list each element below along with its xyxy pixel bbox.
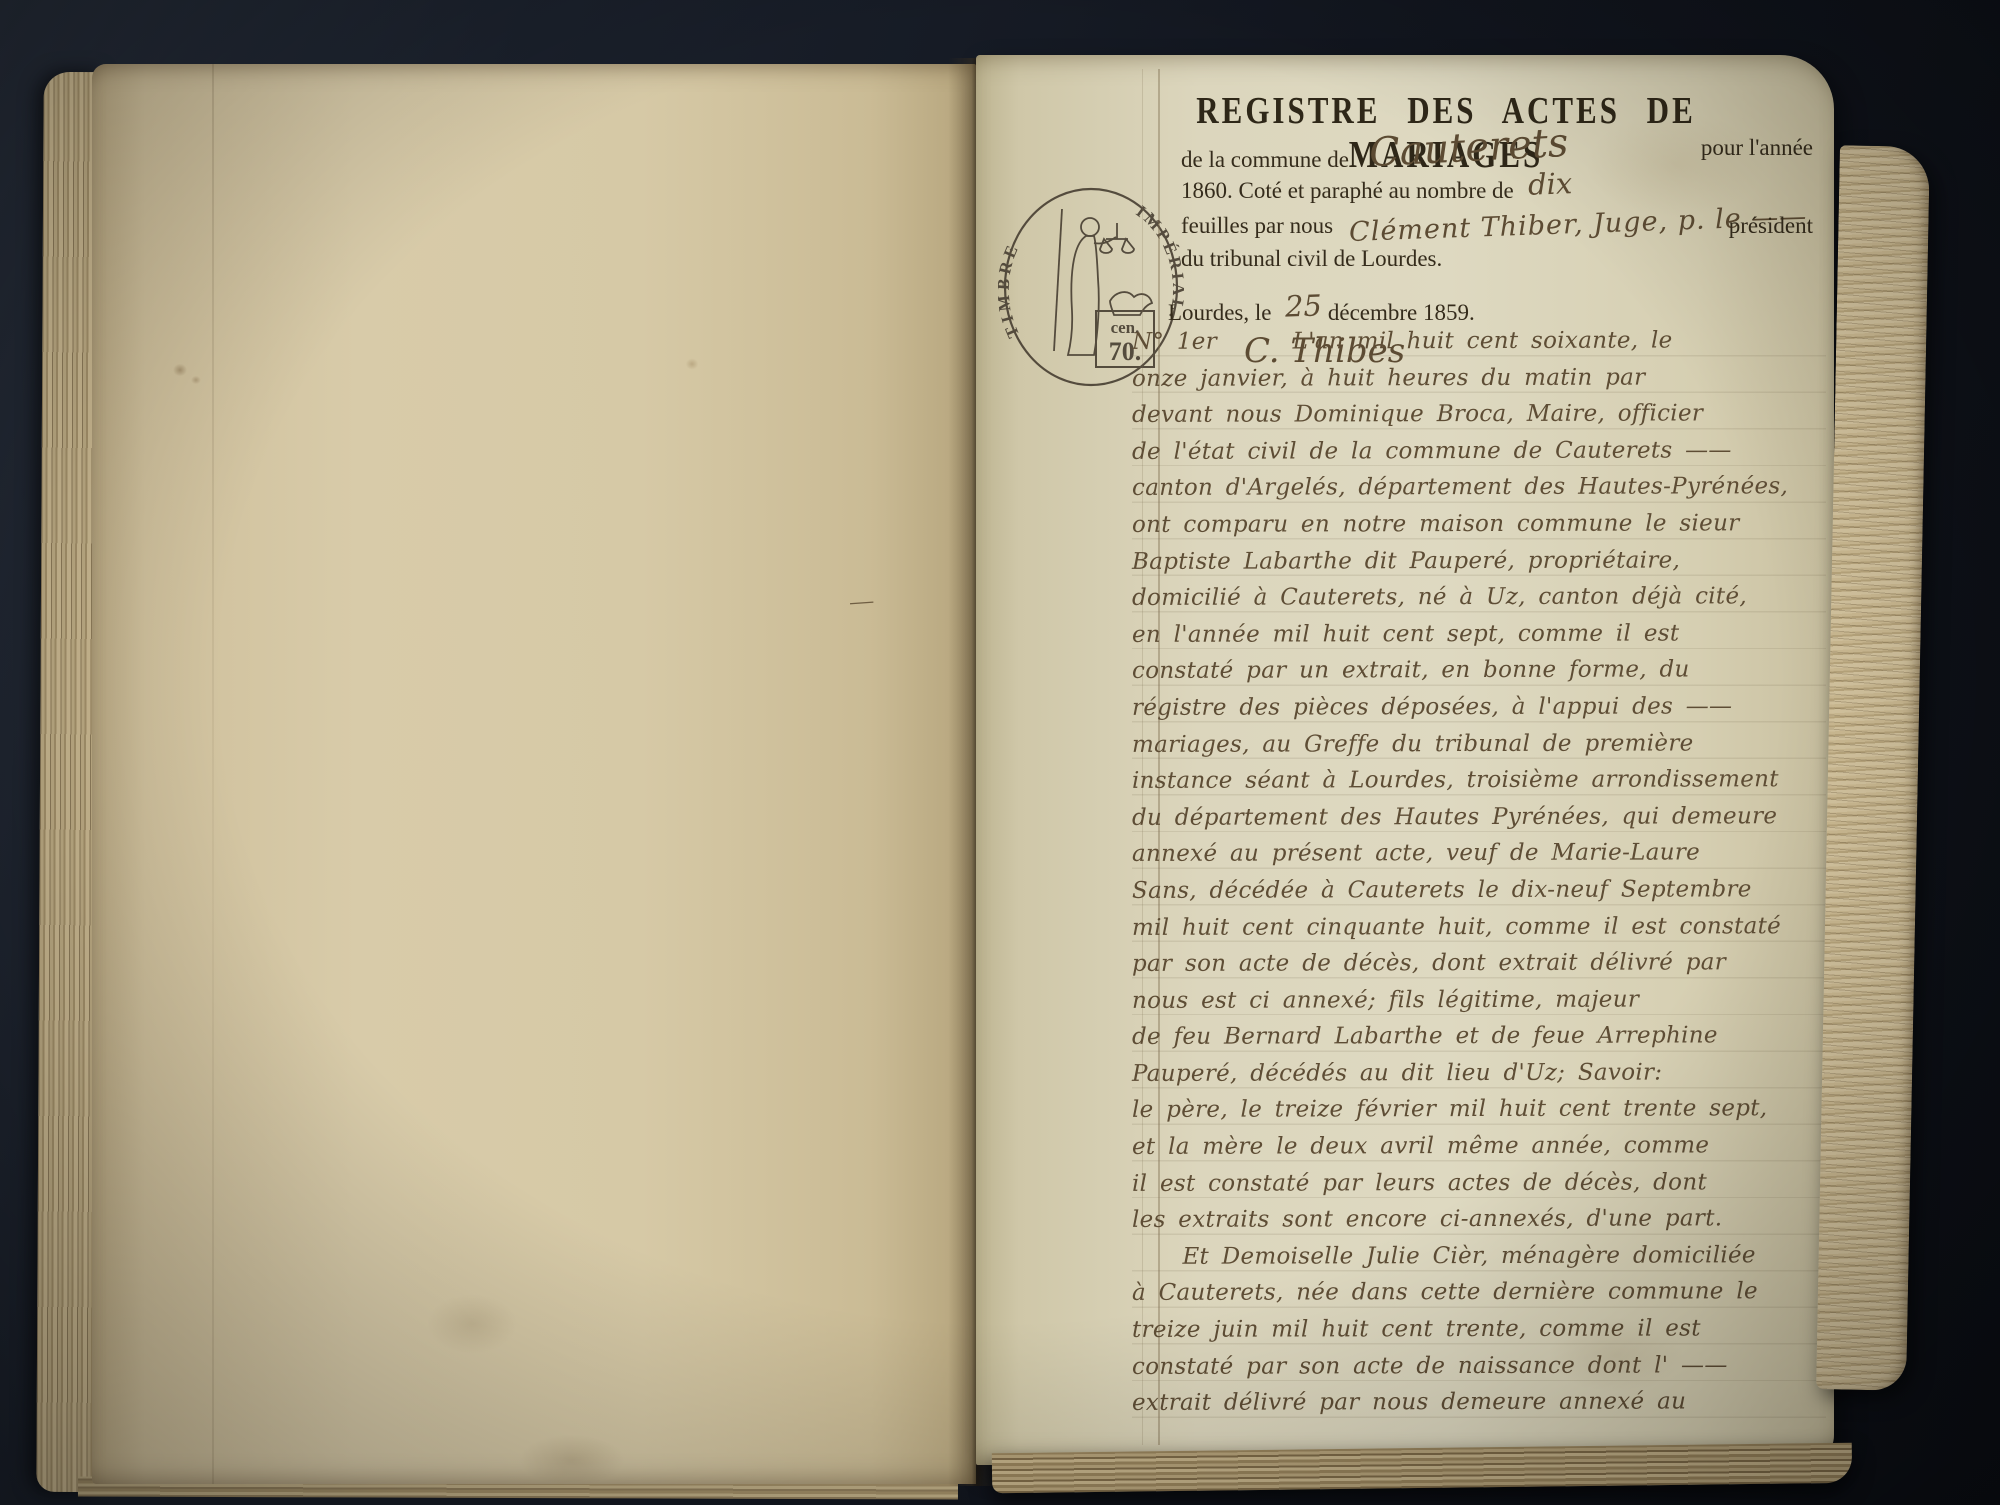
manuscript-line: Sans, décédée à Cauterets le dix-neuf Se…	[1132, 871, 1826, 909]
manuscript-line: de feu Bernard Labarthe et de feue Arrep…	[1132, 1017, 1826, 1055]
manuscript-line: nous est ci annexé; fils légitime, majeu…	[1132, 981, 1826, 1019]
manuscript-line: il est constaté par leurs actes de décès…	[1132, 1164, 1826, 1202]
manuscript-line: treize juin mil huit cent trente, comme …	[1132, 1310, 1826, 1348]
manuscript-line: annexé au présent acte, veuf de Marie-La…	[1132, 834, 1826, 872]
handwritten-day: 25	[1285, 288, 1323, 323]
manuscript-line: Et Demoiselle Julie Cièr, ménagère domic…	[1132, 1237, 1826, 1275]
manuscript-line: les extraits sont encore ci-annexés, d'u…	[1132, 1200, 1826, 1238]
handwritten-sheet-count: dix	[1527, 166, 1572, 202]
manuscript-line: régistre des pièces déposées, à l'appui …	[1132, 688, 1826, 726]
manuscript-line: de l'état civil de la commune de Cautere…	[1132, 432, 1826, 470]
photographed-register-scene: — REGISTRE DES ACTES DE MARIAGES TIMBRE …	[0, 0, 2000, 1505]
preamble-row-2: 1860. Coté et paraphé au nombre de dix	[1181, 171, 1813, 205]
manuscript-line: et la mère le deux avril même année, com…	[1132, 1127, 1826, 1165]
manuscript-line: Baptiste Labarthe dit Pauperé, propriéta…	[1132, 542, 1826, 580]
manuscript-line: N° 1er L'an mil huit cent soixante, le	[1132, 322, 1826, 360]
margin-dash-mark: —	[849, 585, 874, 617]
manuscript-line: constaté par un extrait, en bonne forme,…	[1132, 651, 1826, 689]
manuscript-line: domicilié à Cauterets, né à Uz, canton d…	[1132, 578, 1826, 616]
left-blank-page: —	[92, 64, 976, 1484]
manuscript-line: en l'année mil huit cent sept, comme il …	[1132, 615, 1826, 653]
preamble-row-4: du tribunal civil de Lourdes.	[1181, 246, 1813, 272]
date-line: Lourdes, le 25 décembre 1859.	[1168, 293, 1475, 327]
printed-text-pour-annee: pour l'année	[1701, 135, 1813, 161]
manuscript-line: devant nous Dominique Broca, Maire, offi…	[1132, 395, 1826, 433]
printed-date-left: Lourdes, le	[1168, 300, 1271, 325]
manuscript-line: du département des Hautes Pyrénées, qui …	[1132, 798, 1826, 836]
printed-text-commune: de la commune de	[1181, 147, 1349, 172]
right-register-page: REGISTRE DES ACTES DE MARIAGES TIMBRE IM…	[976, 55, 1834, 1465]
printed-date-right: décembre 1859.	[1328, 300, 1475, 325]
handwritten-act-body: N° 1er L'an mil huit cent soixante, leon…	[1132, 323, 1826, 1421]
manuscript-line: canton d'Argelés, département des Hautes…	[1132, 468, 1826, 506]
manuscript-line: mil huit cent cinquante huit, comme il e…	[1132, 908, 1826, 946]
printed-text-feuilles: feuilles par nous	[1181, 213, 1333, 238]
manuscript-line: extrait délivré par nous demeure annexé …	[1132, 1383, 1826, 1421]
manuscript-line: constaté par son acte de naissance dont …	[1132, 1347, 1826, 1385]
paper-crease	[212, 64, 214, 1484]
stamp-left-text: TIMBRE	[998, 239, 1023, 341]
manuscript-line: par son acte de décès, dont extrait déli…	[1132, 944, 1826, 982]
printed-text-cote-paraphe: 1860. Coté et paraphé au nombre de	[1181, 178, 1514, 203]
manuscript-line: mariages, au Greffe du tribunal de premi…	[1132, 725, 1826, 763]
manuscript-line: le père, le treize février mil huit cent…	[1132, 1091, 1826, 1129]
manuscript-line: à Cauterets, née dans cette dernière com…	[1132, 1274, 1826, 1312]
preamble-row-3: feuilles par nous Clément Thiber, Juge, …	[1181, 209, 1813, 240]
manuscript-line: Pauperé, décédés au dit lieu d'Uz; Savoi…	[1132, 1054, 1826, 1092]
manuscript-line: ont comparu en notre maison commune le s…	[1132, 505, 1826, 543]
printed-text-president: président	[1729, 213, 1813, 239]
manuscript-line: instance séant à Lourdes, troisième arro…	[1132, 761, 1826, 799]
printed-text-tribunal: du tribunal civil de Lourdes.	[1181, 246, 1442, 271]
manuscript-line: onze janvier, à huit heures du matin par	[1132, 359, 1826, 397]
